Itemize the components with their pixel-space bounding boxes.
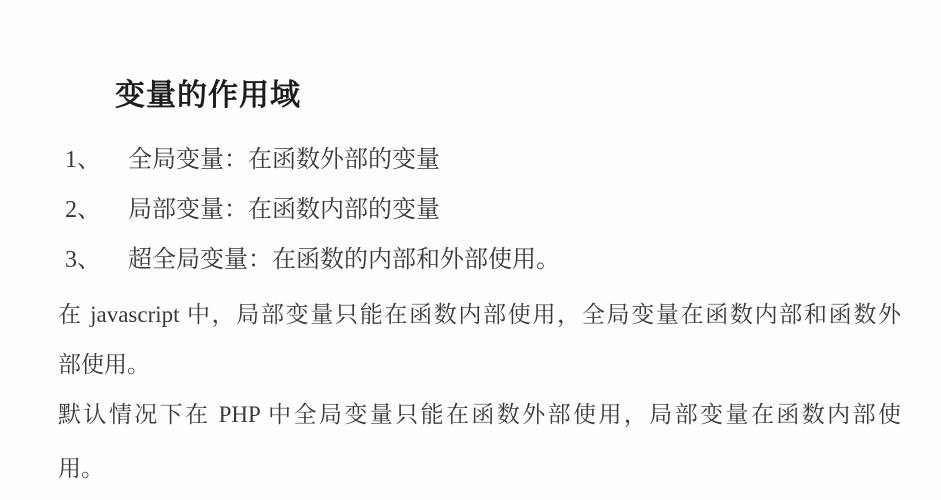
list-item-text: 全局变量：在函数外部的变量 [128,147,440,173]
list-item: 1、全局变量：在函数外部的变量 [65,143,440,177]
list-item-number: 3、 [65,243,128,277]
list-item: 2、局部变量：在函数内部的变量 [65,193,440,227]
paragraph-line: 用。 [58,452,901,486]
document-page: 变量的作用域 1、全局变量：在函数外部的变量 2、局部变量：在函数内部的变量 3… [0,0,941,500]
list-item-text: 超全局变量：在函数的内部和外部使用。 [128,247,560,273]
paragraph-line: 部使用。 [58,348,901,382]
paragraph-line: 在 javascript 中，局部变量只能在函数内部使用，全局变量在函数内部和函… [58,298,901,332]
paragraph-line: 默认情况下在 PHP 中全局变量只能在函数外部使用，局部变量在函数内部使 [58,398,901,432]
list-item-number: 1、 [65,143,128,177]
list-item: 3、超全局变量：在函数的内部和外部使用。 [65,243,560,277]
list-item-text: 局部变量：在函数内部的变量 [128,197,440,223]
page-title: 变量的作用域 [115,78,301,114]
list-item-number: 2、 [65,193,128,227]
